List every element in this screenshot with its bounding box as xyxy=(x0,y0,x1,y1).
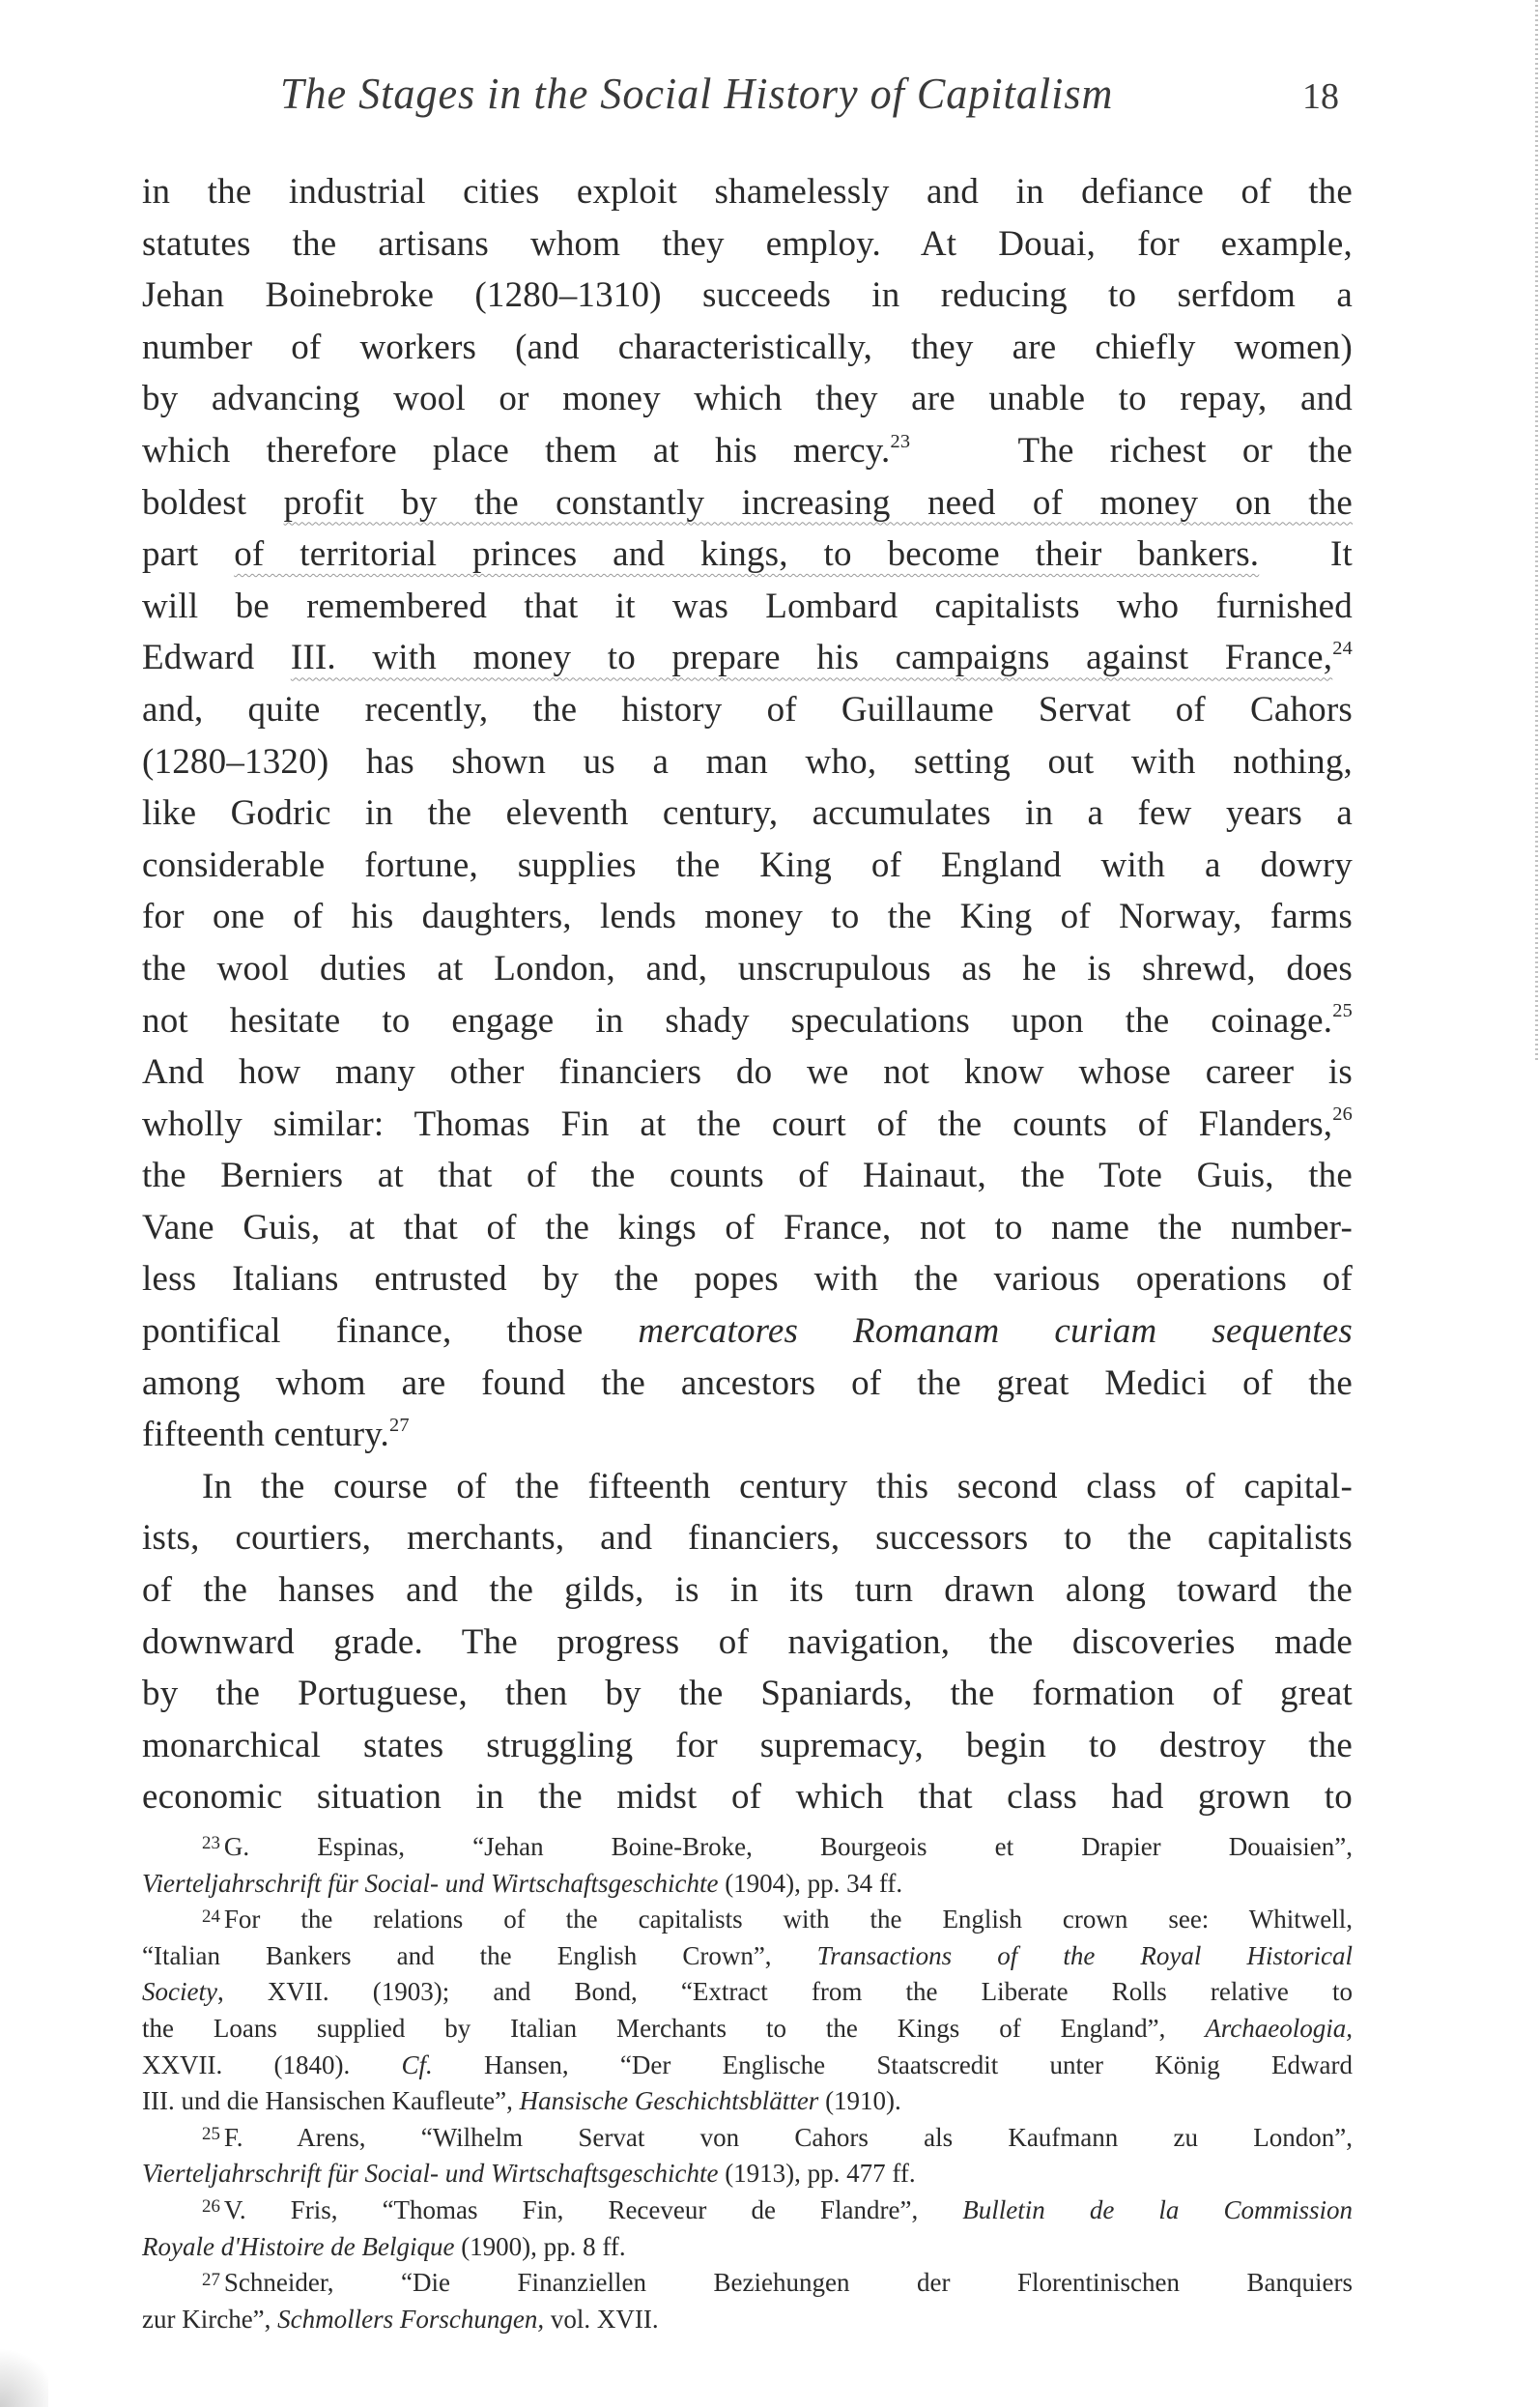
body-line: the Berniers at that of the counts of Ha… xyxy=(142,1150,1353,1202)
abbreviation-cf: Cf. xyxy=(401,2050,432,2079)
footnote-text: the Loans supplied by Italian Merchants … xyxy=(142,2014,1205,2043)
body-line: statutes the artisans whom they employ. … xyxy=(142,218,1353,271)
italic-latin-phrase: mercatores Romanam curiam sequentes xyxy=(638,1311,1353,1351)
footnote-number: 24 xyxy=(202,1906,220,1927)
footnote-text: , XVII. (1903); and Bond, “Extract from … xyxy=(217,1977,1353,2006)
footnote-text: zur Kirche”, xyxy=(142,2305,277,2334)
journal-title: Vierteljahrschrift für Social- und Wirts… xyxy=(142,1869,718,1898)
body-line: in the industrial cities exploit shamele… xyxy=(142,166,1353,218)
footnote-text: (1900), pp. 8 ff. xyxy=(454,2232,625,2261)
footnote-text: (1904), pp. 34 ff. xyxy=(718,1869,902,1898)
body-line: will be remembered that it was Lombard c… xyxy=(142,581,1353,633)
footnote-line: zur Kirche”, Schmollers Forschungen, vol… xyxy=(142,2302,1353,2338)
footnote-number: 25 xyxy=(202,2124,220,2144)
footnote-ref-25[interactable]: 25 xyxy=(1332,1000,1353,1021)
footnote-line: Society, XVII. (1903); and Bond, “Extrac… xyxy=(142,1974,1353,2011)
footnote-line: the Loans supplied by Italian Merchants … xyxy=(142,2011,1353,2048)
footnote-line: Vierteljahrschrift für Social- und Wirts… xyxy=(142,1866,1353,1903)
footnote-25: 25F. Arens, “Wilhelm Servat von Cahors a… xyxy=(142,2120,1353,2157)
pencil-underlined-text: III. with money to prepare his campaigns… xyxy=(291,638,1332,677)
body-line: economic situation in the midst of which… xyxy=(142,1771,1353,1823)
footnote-text: Hansen, “Der Englische Staatscredit unte… xyxy=(433,2050,1353,2079)
page-edge-shadow xyxy=(1535,0,1538,1063)
footnote-text: III. und die Hansischen Kaufleute”, xyxy=(142,2086,520,2115)
running-title: The Stages in the Social History of Capi… xyxy=(280,68,1113,119)
body-line: among whom are found the ancestors of th… xyxy=(142,1358,1353,1410)
body-line: Edward III. with money to prepare his ca… xyxy=(142,632,1353,684)
journal-title: Vierteljahrschrift für Social- und Wirts… xyxy=(142,2159,718,2188)
journal-title: Schmollers Forschungen, xyxy=(277,2305,544,2334)
footnote-text: G. Espinas, “Jehan Boine-Broke, Bourgeoi… xyxy=(224,1832,1353,1861)
body-line: considerable fortune, supplies the King … xyxy=(142,840,1353,892)
body-text-run: fifteenth century. xyxy=(142,1415,389,1454)
body-text-run: It xyxy=(1330,534,1353,574)
footnote-number: 26 xyxy=(202,2196,220,2217)
body-line: the wool duties at London, and, unscrupu… xyxy=(142,943,1353,995)
paragraph-start-line: In the course of the fifteenth century t… xyxy=(142,1461,1353,1513)
body-line: for one of his daughters, lends money to… xyxy=(142,891,1353,943)
footnote-text: (1910). xyxy=(818,2086,900,2115)
body-line: which therefore place them at his mercy.… xyxy=(142,425,1353,477)
footnote-number: 23 xyxy=(202,1833,220,1853)
journal-title: Bulletin de la Commission xyxy=(962,2195,1353,2224)
running-head: The Stages in the Social History of Capi… xyxy=(280,68,1353,126)
footnote-text: F. Arens, “Wilhelm Servat von Cahors als… xyxy=(224,2123,1353,2152)
footnote-text: V. Fris, “Thomas Fin, Receveur de Flandr… xyxy=(224,2195,962,2224)
body-line: Jehan Boinebroke (1280–1310) succeeds in… xyxy=(142,270,1353,322)
body-line: by the Portuguese, then by the Spaniards… xyxy=(142,1668,1353,1720)
body-line: of the hanses and the gilds, is in its t… xyxy=(142,1564,1353,1617)
body-line: by advancing wool or money which they ar… xyxy=(142,373,1353,425)
scan-corner-speckle xyxy=(0,2339,48,2407)
footnote-24: 24For the relations of the capitalists w… xyxy=(142,1902,1353,1938)
footnote-line: Vierteljahrschrift für Social- und Wirts… xyxy=(142,2156,1353,2192)
body-text-run: part xyxy=(142,534,198,574)
body-text-run: pontifical finance, those xyxy=(142,1311,583,1351)
body-line: not hesitate to engage in shady speculat… xyxy=(142,995,1353,1047)
page-number: 18 xyxy=(1302,75,1339,118)
footnote-ref-27[interactable]: 27 xyxy=(389,1415,410,1436)
journal-title: Royale d'Histoire de Belgique xyxy=(142,2232,454,2261)
body-line: less Italians entrusted by the popes wit… xyxy=(142,1253,1353,1305)
footnote-26: 26V. Fris, “Thomas Fin, Receveur de Flan… xyxy=(142,2192,1353,2229)
footnote-ref-23[interactable]: 23 xyxy=(891,431,911,452)
journal-title: Transactions of the Royal Historical xyxy=(817,1941,1353,1970)
body-line: and, quite recently, the history of Guil… xyxy=(142,684,1353,736)
body-line: part of territorial princes and kings, t… xyxy=(142,529,1353,581)
footnote-text: XXVII. (1840). xyxy=(142,2050,401,2079)
journal-title: Society xyxy=(142,1977,217,2006)
footnote-ref-24[interactable]: 24 xyxy=(1332,638,1353,659)
body-line: like Godric in the eleventh century, acc… xyxy=(142,788,1353,840)
pencil-underlined-text: profit by the constantly increasing need… xyxy=(284,483,1353,523)
footnote-text: For the relations of the capitalists wit… xyxy=(224,1905,1353,1934)
body-line: fifteenth century.27 xyxy=(142,1409,1353,1461)
footnote-number: 27 xyxy=(202,2270,220,2290)
footnote-line: Royale d'Histoire de Belgique (1900), pp… xyxy=(142,2229,1353,2266)
body-line: And how many other financiers do we not … xyxy=(142,1046,1353,1099)
footnote-text: vol. XVII. xyxy=(544,2305,658,2334)
footnote-line: XXVII. (1840). Cf. Hansen, “Der Englisch… xyxy=(142,2048,1353,2084)
body-text: in the industrial cities exploit shamele… xyxy=(142,166,1353,1823)
footnote-line: “Italian Bankers and the English Crown”,… xyxy=(142,1938,1353,1975)
footnote-text: (1913), pp. 477 ff. xyxy=(718,2159,915,2188)
body-line: wholly similar: Thomas Fin at the court … xyxy=(142,1099,1353,1151)
body-text-run: wholly similar: Thomas Fin at the court … xyxy=(142,1104,1332,1144)
body-line: downward grade. The progress of navigati… xyxy=(142,1617,1353,1669)
body-line: pontifical finance, those mercatores Rom… xyxy=(142,1305,1353,1358)
body-text-run: which therefore place them at his mercy. xyxy=(142,431,891,471)
body-text-run: not hesitate to engage in shady speculat… xyxy=(142,1001,1332,1041)
footnote-23: 23G. Espinas, “Jehan Boine-Broke, Bourge… xyxy=(142,1829,1353,1866)
journal-title: Archaeologia, xyxy=(1205,2014,1353,2043)
journal-title: Hansische Geschichtsblätter xyxy=(520,2086,819,2115)
footnote-line: III. und die Hansischen Kaufleute”, Hans… xyxy=(142,2083,1353,2120)
body-line: ists, courtiers, merchants, and financie… xyxy=(142,1512,1353,1564)
pencil-underlined-text: of territorial princes and kings, to bec… xyxy=(234,534,1259,574)
body-text-run: boldest xyxy=(142,483,246,523)
body-line: Vane Guis, at that of the kings of Franc… xyxy=(142,1202,1353,1254)
body-text-run: Edward xyxy=(142,638,254,677)
body-line: monarchical states struggling for suprem… xyxy=(142,1720,1353,1772)
footnote-text: “Italian Bankers and the English Crown”, xyxy=(142,1941,817,1970)
body-line: number of workers (and characteristicall… xyxy=(142,322,1353,374)
body-line: boldest profit by the constantly increas… xyxy=(142,477,1353,530)
footnote-ref-26[interactable]: 26 xyxy=(1332,1103,1353,1125)
body-text-run: The richest or the xyxy=(1018,431,1353,471)
footnote-27: 27Schneider, “Die Finanziellen Beziehung… xyxy=(142,2265,1353,2302)
body-line: (1280–1320) has shown us a man who, sett… xyxy=(142,736,1353,788)
footnote-text: Schneider, “Die Finanziellen Beziehungen… xyxy=(224,2268,1353,2297)
footnotes: 23G. Espinas, “Jehan Boine-Broke, Bourge… xyxy=(142,1829,1353,2337)
